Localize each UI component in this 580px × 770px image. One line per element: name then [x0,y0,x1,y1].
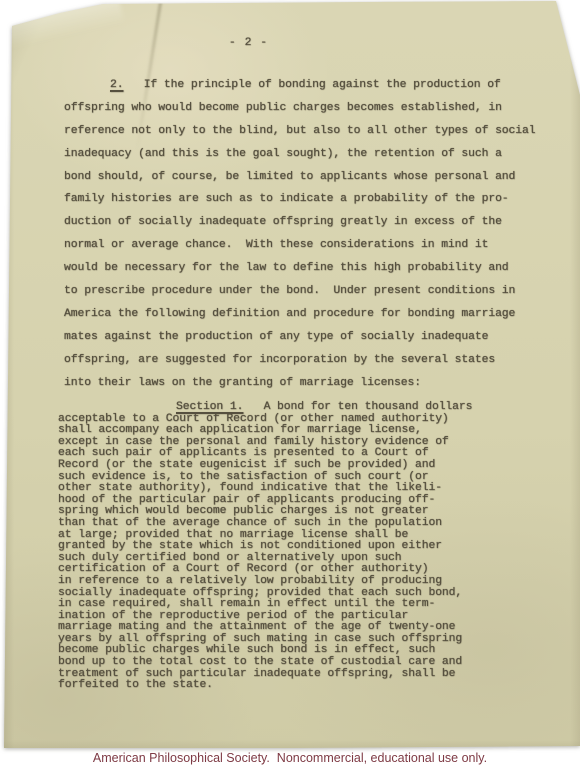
typed-line: marriage mating and the attainment of th… [58,621,533,633]
typed-line: family histories are such as to indicate… [64,193,539,216]
typed-line: Record (or the state eugenicist if such … [58,459,533,471]
typed-line: shall accompany each application for mar… [58,424,533,436]
typed-line: would be necessary for the law to define… [64,262,539,285]
section-heading: Section 1. [176,401,243,413]
typed-line: bond up to the total cost to the state o… [58,656,533,668]
typed-line: reference not only to the blind, but als… [64,125,539,148]
typed-line: granted by the state which is not condit… [58,540,533,552]
typed-line: spring which would become public charges… [58,505,533,517]
typed-line: to prescribe procedure under the bond. U… [64,285,539,308]
paragraph-number-label: 2. [110,79,123,91]
typed-line: inadequacy (and this is the goal sought)… [64,148,539,171]
scanned-document: - 2 - 2. If the principle of bonding aga… [0,0,580,770]
typed-line: at large; provided that no marriage lice… [58,529,533,541]
section-1-block: Section 1. A bond for ten thousand dolla… [58,401,533,691]
typed-line: years by all offspring of such mating in… [58,633,533,645]
typed-line: hood of the particular pair of applicant… [58,494,533,506]
paper-sheet: - 2 - 2. If the principle of bonding aga… [0,0,580,752]
typed-line: acceptable to a Court of Record (or othe… [58,413,533,425]
typed-text: If the principle of bonding against the … [123,79,500,91]
attribution-footer: American Philosophical Society. Noncomme… [0,751,580,765]
typed-line: certification of a Court of Record (or o… [58,563,533,575]
paragraph-2: 2. If the principle of bonding against t… [64,79,539,399]
typed-line: in reference to a relatively low probabi… [58,575,533,587]
page-number: - 2 - [0,37,497,49]
typed-line: forfeited to the state. [58,679,533,691]
typed-line: such evidence is, to the satisfaction of… [58,471,533,483]
typed-line: offspring who would become public charge… [64,102,539,125]
typed-line: normal or average chance. With these con… [64,239,539,262]
typed-line: Section 1. A bond for ten thousand dolla… [58,401,533,413]
typed-line: duction of socially inadequate offspring… [64,216,539,239]
typed-line: than that of the average chance of such … [58,517,533,529]
typed-text: A bond for ten thousand dollars [243,401,472,413]
typed-line: in case required, shall remain in effect… [58,598,533,610]
typed-line: treatment of such particular inadequate … [58,668,533,680]
typed-line: into their laws on the granting of marri… [64,377,539,400]
typed-line: 2. If the principle of bonding against t… [64,79,539,102]
typed-line: except in case the personal and family h… [58,436,533,448]
typed-line: each such pair of applicants is presente… [58,447,533,459]
typed-line: socially inadequate offspring; provided … [58,587,533,599]
typed-line: bond should, of course, be limited to ap… [64,171,539,194]
typed-line: ination of the reproductive period of th… [58,610,533,622]
typed-line: become public charges while such bond is… [58,644,533,656]
typed-line: such duly certified bond or alternativel… [58,552,533,564]
typed-line: other state authority), found indicative… [58,482,533,494]
typed-line: offspring, are suggested for incorporati… [64,354,539,377]
typed-line: America the following definition and pro… [64,308,539,331]
typed-line: mates against the production of any type… [64,331,539,354]
